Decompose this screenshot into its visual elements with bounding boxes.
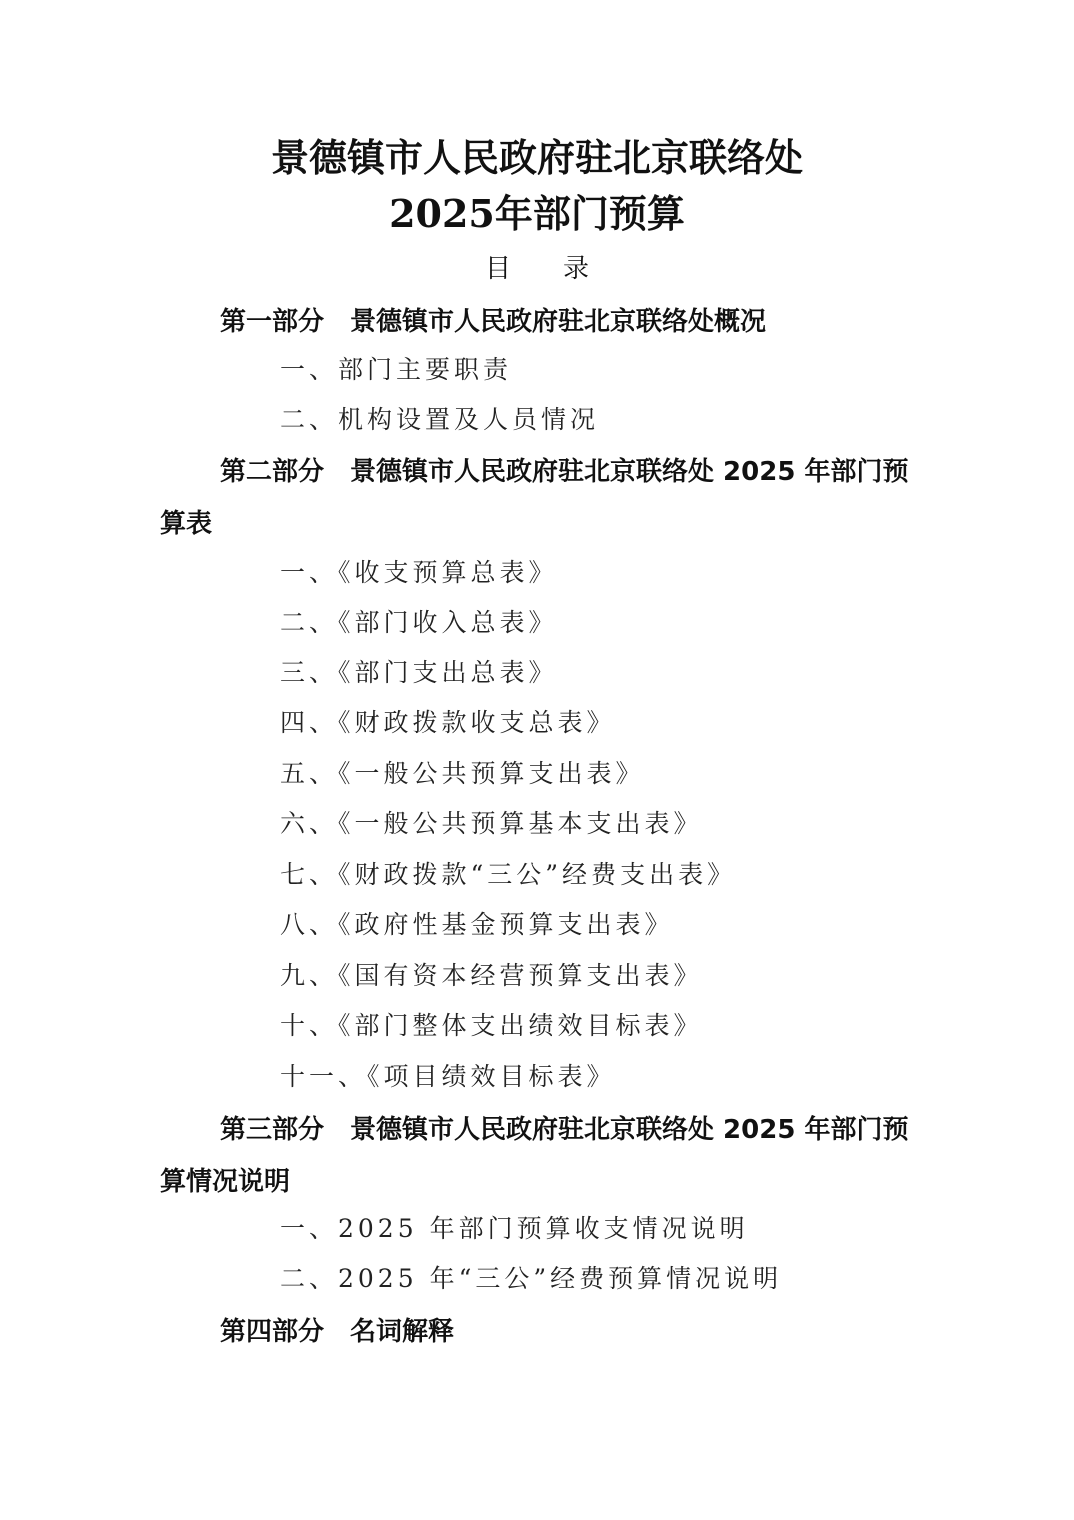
toc-item: 四、《财政拨款收支总表》 bbox=[280, 706, 616, 740]
document-title-line1: 景德镇市人民政府驻北京联络处 bbox=[0, 134, 1074, 182]
document-page: 景德镇市人民政府驻北京联络处 2025年部门预算 目录 第一部分 景德镇市人民政… bbox=[0, 0, 1074, 1520]
section-heading-part1: 第一部分 景德镇市人民政府驻北京联络处概况 bbox=[160, 296, 920, 348]
toc-heading-char: 目 bbox=[485, 252, 511, 286]
toc-item: 六、《一般公共预算基本支出表》 bbox=[280, 807, 703, 841]
toc-item: 十、《部门整体支出绩效目标表》 bbox=[280, 1009, 703, 1043]
toc-item: 八、《政府性基金预算支出表》 bbox=[280, 908, 674, 942]
toc-item: 一、部门主要职责 bbox=[280, 353, 512, 387]
toc-heading-char: 录 bbox=[563, 252, 589, 286]
toc-item: 一、2025 年部门预算收支情况说明 bbox=[280, 1212, 749, 1246]
document-title-line2: 2025年部门预算 bbox=[0, 190, 1074, 238]
section-heading-part4: 第四部分 名词解释 bbox=[160, 1306, 920, 1358]
toc-item: 二、《部门收入总表》 bbox=[280, 606, 558, 640]
toc-item: 三、《部门支出总表》 bbox=[280, 656, 558, 690]
section-heading-part2: 第二部分 景德镇市人民政府驻北京联络处 2025 年部门预算表 bbox=[160, 446, 920, 550]
toc-item: 九、《国有资本经营预算支出表》 bbox=[280, 959, 703, 993]
toc-item: 二、机构设置及人员情况 bbox=[280, 403, 599, 437]
toc-item: 二、2025 年“三公”经费预算情况说明 bbox=[280, 1262, 782, 1296]
toc-heading: 目录 bbox=[0, 252, 1074, 286]
toc-item: 十一、《项目绩效目标表》 bbox=[280, 1060, 616, 1094]
toc-item: 一、《收支预算总表》 bbox=[280, 556, 558, 590]
toc-item: 七、《财政拨款“三公”经费支出表》 bbox=[280, 858, 736, 892]
toc-item: 五、《一般公共预算支出表》 bbox=[280, 757, 645, 791]
section-heading-part3: 第三部分 景德镇市人民政府驻北京联络处 2025 年部门预算情况说明 bbox=[160, 1104, 920, 1208]
